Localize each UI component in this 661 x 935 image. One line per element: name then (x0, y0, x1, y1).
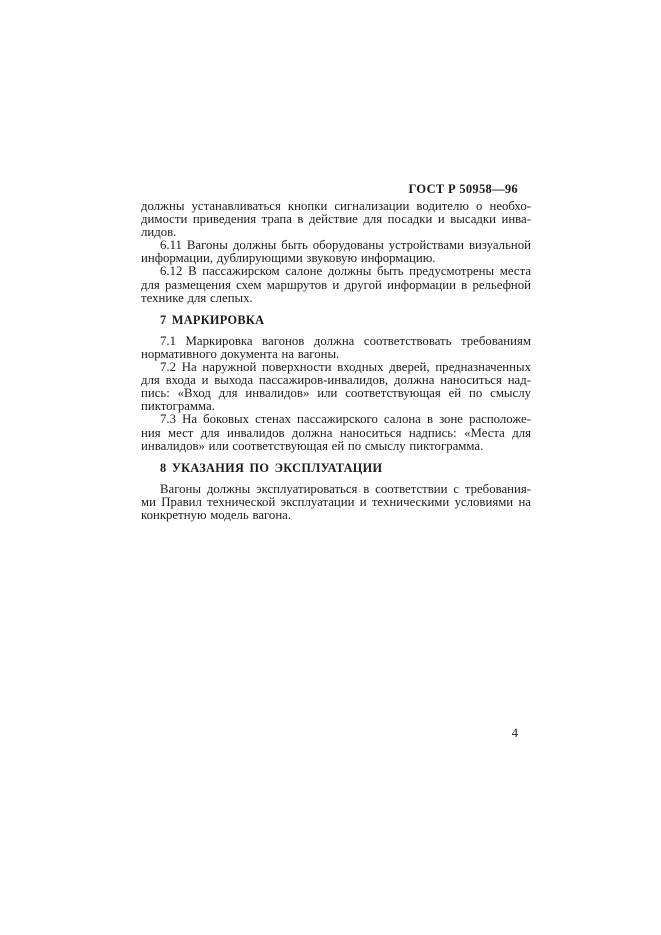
text-line: 6.11 Вагоны должны быть оборудованы устр… (141, 239, 531, 252)
text-line: 7.2 На наружной поверхности входных двер… (141, 361, 531, 374)
paragraph-7-1: 7.1 Маркировка вагонов должна соответств… (141, 335, 531, 361)
paragraph-7-2: 7.2 На наружной поверхности входных двер… (141, 361, 531, 413)
text-line: для размещения схем маршрутов и другой и… (141, 279, 531, 292)
text-line: конкретную модель вагона. (141, 509, 531, 522)
page-number: 4 (141, 726, 518, 741)
text-line: информации, дублирующими звуковую информ… (141, 252, 531, 265)
text-line: ния мест для инвалидов должна наноситься… (141, 427, 531, 440)
text-line: пись: «Вход для инвалидов» или соответст… (141, 387, 531, 400)
section-heading-markirovka: 7 МАРКИРОВКА (141, 314, 531, 327)
text-line: инвалидов» или соответствующая ей по смы… (141, 440, 531, 453)
text-line: технике для слепых. (141, 292, 531, 305)
text-line: лидов. (141, 226, 531, 239)
document-page: ГОСТ Р 50958—96 должны устанавливаться к… (0, 0, 661, 935)
paragraph-8: Вагоны должны эксплуатироваться в соотве… (141, 483, 531, 522)
page-content: должны устанавливаться кнопки сигнализац… (141, 200, 531, 522)
running-header: ГОСТ Р 50958—96 (141, 182, 518, 197)
text-line: 7.3 На боковых стенах пассажирского сало… (141, 413, 531, 426)
paragraph-7-3: 7.3 На боковых стенах пассажирского сало… (141, 413, 531, 452)
paragraph-6-11: 6.11 Вагоны должны быть оборудованы устр… (141, 239, 531, 265)
text-line: нормативного документа на вагоны. (141, 348, 531, 361)
text-line: Вагоны должны эксплуатироваться в соотве… (141, 483, 531, 496)
paragraph-continued: должны устанавливаться кнопки сигнализац… (141, 200, 531, 239)
section-heading-ekspluatatsiya: 8 УКАЗАНИЯ ПО ЭКСПЛУАТАЦИИ (141, 462, 531, 475)
text-line: ми Правил технической эксплуатации и тех… (141, 496, 531, 509)
text-line: пиктограмма. (141, 400, 531, 413)
text-line: димости приведения трапа в действие для … (141, 213, 531, 226)
text-line: должны устанавливаться кнопки сигнализац… (141, 200, 531, 213)
paragraph-6-12: 6.12 В пассажирском салоне должны быть п… (141, 265, 531, 304)
text-line: 7.1 Маркировка вагонов должна соответств… (141, 335, 531, 348)
text-line: 6.12 В пассажирском салоне должны быть п… (141, 265, 531, 278)
text-line: для входа и выхода пассажиров-инвалидов,… (141, 374, 531, 387)
